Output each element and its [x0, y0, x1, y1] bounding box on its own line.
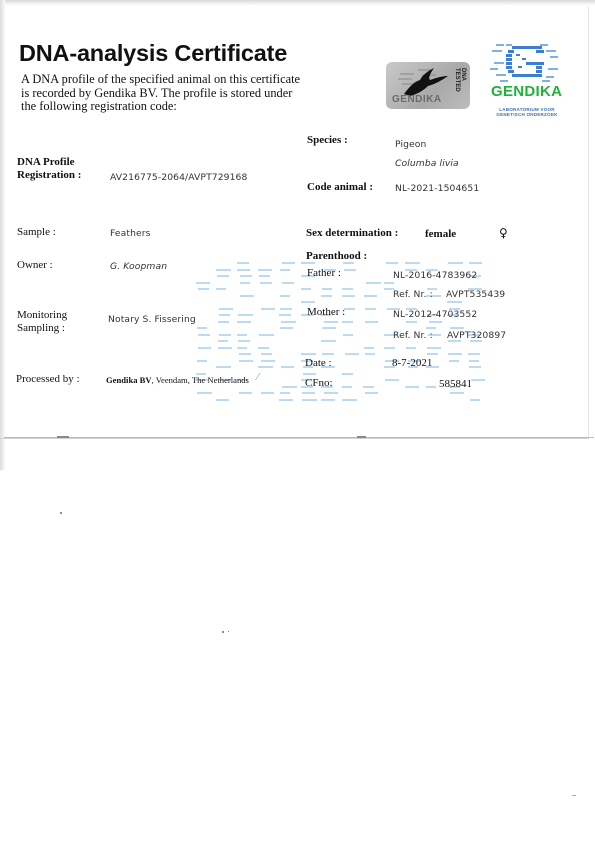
gendika-g-mark-icon — [490, 40, 565, 84]
paper-speck — [228, 631, 229, 632]
edge-mark — [357, 436, 366, 438]
paper-speck — [60, 512, 62, 514]
watermark-dash — [237, 334, 247, 336]
watermark-dash — [342, 295, 355, 297]
registration-value: AV216775-2064/AVPT729168 — [110, 172, 247, 183]
watermark-dash — [280, 269, 290, 271]
watermark-dash — [406, 347, 416, 349]
watermark-dash — [450, 327, 464, 329]
watermark-dash — [385, 379, 399, 381]
watermark-dash — [469, 366, 481, 368]
father-label: Father : — [307, 267, 341, 279]
watermark-dash — [261, 308, 275, 310]
watermark-dash — [301, 288, 311, 290]
watermark-dash — [216, 399, 229, 401]
watermark-dash — [345, 353, 359, 355]
watermark-dash — [343, 334, 353, 336]
watermark-dash — [468, 353, 480, 355]
watermark-dash — [384, 347, 395, 349]
watermark-dash — [198, 347, 211, 349]
watermark-dash — [217, 275, 229, 277]
watermark-dash — [343, 262, 354, 264]
watermark-dash — [426, 327, 436, 329]
code-animal-label: Code animal : — [307, 181, 373, 193]
sample-label: Sample : — [17, 226, 56, 238]
watermark-dash — [280, 327, 293, 329]
watermark-dash — [281, 366, 294, 368]
species-label: Species : — [307, 134, 348, 146]
watermark-dash — [197, 327, 207, 329]
registration-label-line2: Registration : — [17, 169, 81, 181]
watermark-dash — [218, 321, 229, 323]
watermark-dash — [322, 327, 336, 329]
father-ref-label: Ref. Nr. : — [393, 289, 433, 300]
sex-label: Sex determination : — [306, 227, 398, 239]
watermark-dash — [239, 392, 252, 394]
cfno-label: CFno: — [305, 377, 333, 389]
watermark-dash — [302, 399, 317, 401]
watermark-dash — [237, 321, 251, 323]
watermark-dash — [471, 379, 485, 381]
watermark-dash — [219, 334, 231, 336]
watermark-dash — [469, 360, 479, 362]
watermark-dash — [321, 295, 332, 297]
watermark-dash — [259, 334, 274, 336]
watermark-dash — [427, 347, 441, 349]
code-animal-value: NL-2021-1504651 — [395, 183, 479, 194]
species-common-value: Pigeon — [395, 139, 426, 150]
parenthood-label: Parenthood : — [306, 250, 367, 262]
scan-mark: ⁄ — [257, 372, 259, 383]
watermark-dash — [303, 373, 316, 375]
watermark-dash — [239, 353, 251, 355]
logo-brand-name: GENDIKA — [491, 83, 562, 100]
watermark-dash — [219, 308, 233, 310]
watermark-dash — [448, 353, 462, 355]
watermark-dash — [342, 399, 357, 401]
watermark-dash — [364, 295, 377, 297]
processed-label: Processed by : — [16, 373, 80, 385]
watermark-dash — [280, 392, 290, 394]
watermark-dash — [261, 360, 275, 362]
page-title: DNA-analysis Certificate — [19, 40, 287, 67]
species-latin-value: Columba livia — [395, 158, 459, 169]
monitoring-label-line2: Sampling : — [17, 322, 65, 334]
watermark-dash — [216, 366, 231, 368]
watermark-dash — [324, 321, 338, 323]
watermark-dash — [240, 275, 252, 277]
watermark-dash — [321, 399, 335, 401]
watermark-dash — [237, 262, 249, 264]
female-symbol-icon: ♀ — [499, 226, 508, 240]
watermark-dash — [238, 314, 253, 316]
badge-brand-text: GENDIKA — [392, 94, 442, 105]
watermark-dash — [450, 392, 464, 394]
watermark-dash — [365, 308, 376, 310]
processed-company: Gendika BV — [106, 375, 152, 385]
watermark-dash — [426, 386, 436, 388]
watermark-dash — [218, 347, 232, 349]
watermark-dash — [344, 269, 356, 271]
watermark-dash — [280, 295, 290, 297]
watermark-dash — [279, 314, 291, 316]
watermark-dash — [240, 295, 254, 297]
watermark-dash — [301, 353, 316, 355]
owner-value: G. Koopman — [110, 261, 167, 272]
watermark-dash — [405, 386, 419, 388]
watermark-dash — [365, 353, 375, 355]
watermark-dash — [282, 386, 297, 388]
mother-ref-value: AVPT320897 — [447, 330, 506, 341]
paper-speck — [222, 631, 224, 633]
paper-speck — [572, 795, 576, 796]
watermark-dash — [240, 282, 250, 284]
watermark-dash — [302, 392, 315, 394]
watermark-dash — [261, 392, 274, 394]
watermark-dash — [363, 386, 374, 388]
watermark-dash — [280, 308, 292, 310]
intro-text: A DNA profile of the specified animal on… — [21, 73, 301, 114]
sample-value: Feathers — [110, 228, 151, 239]
watermark-dash — [322, 353, 334, 355]
watermark-dash — [344, 308, 355, 310]
watermark-dash — [469, 262, 482, 264]
watermark-dash — [219, 314, 230, 316]
logo-subtitle: LABORATORIUM VOOR GENETISCH ONDERZOEK — [492, 107, 562, 118]
watermark-dash — [321, 340, 336, 342]
processed-location: , Veendam, The Netherlands — [152, 375, 249, 385]
father-ref-value: AVPT535439 — [446, 289, 505, 300]
watermark-dash — [260, 282, 272, 284]
mother-ref-label: Ref. Nr. : — [393, 330, 433, 341]
watermark-dash — [405, 262, 420, 264]
date-label: Date : — [305, 357, 332, 369]
sex-value: female — [425, 228, 456, 240]
dna-tested-badge: GENDIKA DNA TESTED — [386, 62, 470, 109]
registration-label-line1: DNA Profile — [17, 156, 75, 168]
watermark-dash — [384, 282, 394, 284]
watermark-dash — [237, 269, 250, 271]
watermark-dash — [342, 373, 353, 375]
watermark-dash — [322, 288, 332, 290]
watermark-dash — [365, 321, 378, 323]
mother-code: NL-2012-4703552 — [393, 309, 477, 320]
watermark-dash — [342, 321, 353, 323]
watermark-dash — [258, 366, 273, 368]
watermark-dash — [429, 321, 442, 323]
watermark-dash — [448, 262, 463, 264]
watermark-dash — [216, 269, 231, 271]
watermark-dash — [237, 347, 247, 349]
watermark-dash — [238, 340, 250, 342]
logo-subtitle-line2: GENETISCH ONDERZOEK — [492, 112, 562, 117]
watermark-dash — [324, 392, 338, 394]
watermark-dash — [447, 301, 462, 303]
watermark-dash — [261, 353, 272, 355]
date-value: 8-7-2021 — [392, 357, 432, 369]
watermark-dash — [427, 353, 438, 355]
watermark-dash — [279, 399, 293, 401]
watermark-dash — [365, 392, 378, 394]
watermark-dash — [342, 386, 352, 388]
edge-mark — [57, 436, 69, 438]
watermark-dash — [364, 347, 374, 349]
watermark-dash — [406, 321, 417, 323]
monitoring-label-line1: Monitoring — [17, 309, 67, 321]
watermark-dash — [281, 321, 296, 323]
watermark-dash — [259, 275, 270, 277]
watermark-dash — [197, 392, 212, 394]
mother-label: Mother : — [307, 306, 345, 318]
watermark-dash — [342, 288, 353, 290]
watermark-dash — [366, 282, 381, 284]
watermark-dash — [301, 262, 315, 264]
watermark-dash — [449, 360, 459, 362]
monitoring-value: Notary S. Fissering — [108, 314, 196, 325]
watermark-dash — [197, 360, 207, 362]
watermark-dash — [218, 340, 228, 342]
watermark-dash — [258, 347, 269, 349]
watermark-dash — [282, 262, 295, 264]
processed-value: Gendika BV, Veendam, The Netherlands — [106, 375, 249, 385]
watermark-dash — [258, 269, 272, 271]
watermark-dash — [470, 399, 480, 401]
watermark-dash — [198, 334, 210, 336]
badge-dna-tested-label: DNA TESTED — [457, 68, 467, 106]
owner-label: Owner : — [17, 259, 53, 271]
watermark-dash — [239, 360, 253, 362]
certificate-bottom-edge — [4, 437, 594, 438]
father-code: NL-2016-4783962 — [393, 270, 477, 281]
cfno-value: 585841 — [439, 378, 472, 390]
watermark-dash — [196, 282, 210, 284]
watermark-dash — [386, 262, 398, 264]
watermark-dash — [282, 282, 294, 284]
watermark-dash — [216, 288, 226, 290]
watermark-dash — [198, 288, 209, 290]
watermark-dash — [301, 301, 315, 303]
